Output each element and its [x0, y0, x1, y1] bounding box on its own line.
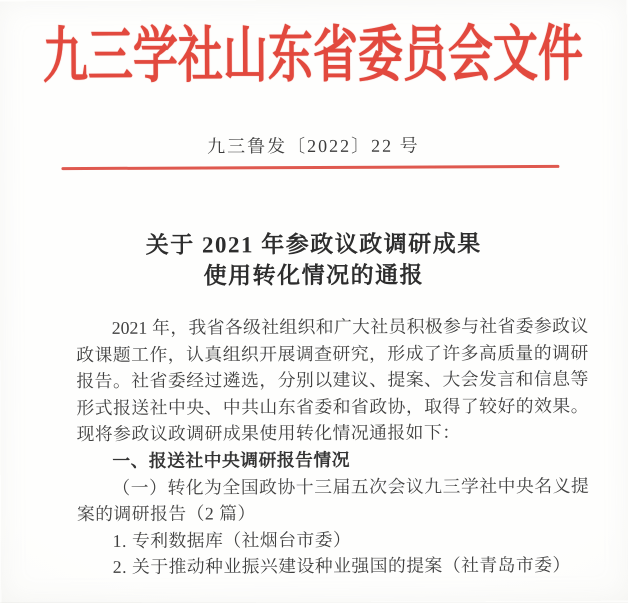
list-item: 2. 关于推动种业振兴建设种业强国的提案（社青岛市委）	[77, 552, 589, 581]
body-paragraph-line: 现将参政议政调研成果使用转化情况通报如下：	[77, 419, 589, 448]
document-content: 九三学社山东省委员会文件 九三鲁发〔2022〕22 号 关于 2021 年参政议…	[0, 0, 628, 602]
document-title: 关于 2021 年参政议政调研成果 使用转化情况的通报	[0, 228, 628, 293]
document-number: 九三鲁发〔2022〕22 号	[0, 132, 627, 161]
letterhead-divider-rule	[61, 165, 559, 170]
body-paragraph-line: 报告。社省委经过遴选，分别以建议、提案、大会发言和信息等	[76, 366, 588, 395]
body-paragraph-line: 政课题工作，认真组织开展调查研究，形成了许多高质量的调研	[76, 339, 588, 368]
section-heading: 一、报送社中央调研报告情况	[77, 446, 589, 475]
document-title-line2: 使用转化情况的通报	[0, 259, 628, 293]
body-paragraph-line: 2021 年，我省各级社组织和广大社员积极参与社省委参政议	[76, 313, 588, 342]
subsection-heading-line: 案的调研报告（2 篇）	[77, 499, 589, 528]
letterhead-title: 九三学社山东省委员会文件	[30, 21, 595, 89]
document-body: 2021 年，我省各级社组织和广大社员积极参与社省委参政议 政课题工作，认真组织…	[76, 313, 589, 581]
list-item: 1. 专利数据库（社烟台市委）	[77, 526, 589, 555]
body-paragraph-line: 形式报送社中央、中共山东省委和省政协，取得了较好的效果。	[76, 393, 588, 422]
subsection-heading-line: （一）转化为全国政协十三届五次会议九三学社中央名义提	[77, 472, 589, 501]
document-title-line1: 关于 2021 年参政议政调研成果	[0, 228, 628, 262]
document-page: 九三学社山东省委员会文件 九三鲁发〔2022〕22 号 关于 2021 年参政议…	[0, 0, 628, 602]
